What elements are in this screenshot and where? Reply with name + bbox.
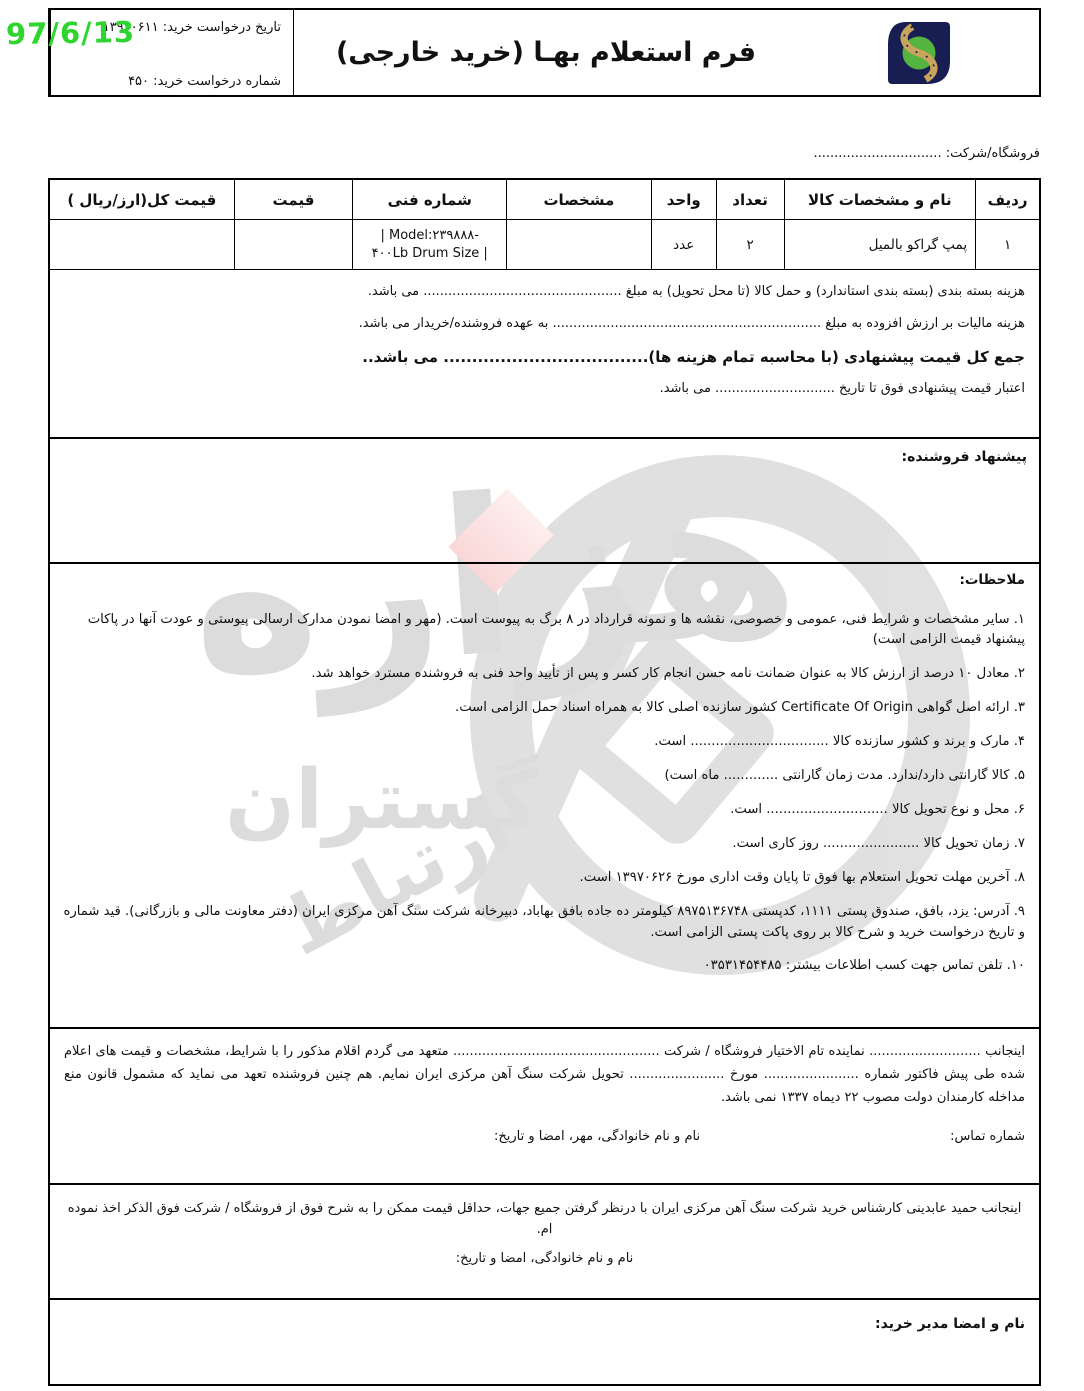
handwritten-date: 97/6/13 — [6, 15, 136, 51]
cell-tech-no: | Model:۲۳۹۸۸۸- ۴۰۰Lb Drum Size | — [352, 220, 506, 269]
expert-signature-label: نام و نام خانوادگی، امضا و تاریخ: — [60, 1251, 1029, 1266]
items-header-row: ردیف نام و مشخصات کالا تعداد واحد مشخصات… — [50, 180, 1039, 220]
note-item-6: ۶. محل و نوع تحویل کالا ................… — [60, 800, 1025, 820]
logo-cell — [798, 10, 1039, 95]
note-item-3: ۳. ارائه اصل گواهی Certificate Of Origin… — [60, 698, 1025, 718]
company-logo-icon — [883, 20, 955, 86]
table-row: ۱ پمپ گراکو بالمیل ۲ عدد | Model:۲۳۹۸۸۸-… — [50, 220, 1039, 270]
col-header-radif: ردیف — [975, 180, 1039, 219]
vendor-commitment-paragraph: اینجانب ........................... نمای… — [64, 1041, 1025, 1109]
vendor-signature-label: نام و نام خانوادگی، مهر، امضا و تاریخ: — [494, 1129, 700, 1144]
col-header-specs: مشخصات — [506, 180, 651, 219]
cell-item-name: پمپ گراکو بالمیل — [784, 220, 976, 269]
note-item-2: ۲. معادل ۱۰ درصد از ارزش کالا به عنوان ض… — [60, 664, 1025, 684]
col-header-qty: تعداد — [716, 180, 784, 219]
seller-proposal-label: پیشنهاد فروشنده: — [62, 449, 1027, 465]
form-header: تاریخ درخواست خرید: ۱۳۹۷۰۶۱۱ شماره درخوا… — [48, 8, 1041, 97]
purchase-manager-section: نام و امضا مدیر خرید: — [50, 1300, 1039, 1384]
notes-section: ملاحظات: ۱. سایر مشخصات و شرایط فنی، عمو… — [50, 564, 1039, 1029]
cell-specs — [506, 220, 651, 269]
cell-total-price — [50, 220, 234, 269]
col-header-total-price: قیمت کل(ارز/ریال ) — [50, 180, 234, 219]
col-header-unit: واحد — [651, 180, 716, 219]
col-header-price: قیمت — [234, 180, 353, 219]
inquiry-form-page: هزاره گستران ارتباط 97/6/13 تاریخ درخواس… — [0, 0, 1084, 1391]
purchase-expert-section: اینجانب حمید عابدینی کارشناس خرید شرکت س… — [50, 1185, 1039, 1300]
total-proposed-price-line: جمع کل قیمت پیشنهادی (با محاسبه تمام هزی… — [60, 348, 1025, 366]
seller-proposal-section: پیشنهاد فروشنده: — [50, 439, 1039, 564]
manager-signature-label: نام و امضا مدیر خرید: — [64, 1316, 1025, 1332]
note-item-7: ۷. زمان تحویل کالا .....................… — [60, 834, 1025, 854]
cost-lines-section: هزینه بسته بندی (بسته بندی استاندارد) و … — [50, 270, 1039, 439]
note-item-4: ۴. مارک و برند و کشور سازنده کالا ......… — [60, 732, 1025, 752]
cell-qty: ۲ — [716, 220, 784, 269]
cell-price — [234, 220, 353, 269]
tech-no-line2: ۴۰۰Lb Drum Size | — [372, 245, 488, 263]
note-item-5: ۵. کالا گارانتی دارد/ندارد. مدت زمان گار… — [60, 766, 1025, 786]
note-item-8: ۸. آخرین مهلت تحویل استعلام بها فوق تا پ… — [60, 868, 1025, 888]
note-item-10: ۱۰. تلفن تماس جهت کسب اطلاعات بیشتر: ۰۳۵… — [60, 956, 1025, 976]
note-item-9: ۹. آدرس: یزد، بافق، صندوق پستی ۱۱۱۱، کدپ… — [60, 902, 1025, 943]
notes-label: ملاحظات: — [60, 572, 1025, 588]
tech-no-line1: | Model:۲۳۹۸۸۸- — [372, 227, 488, 245]
price-validity-line: اعتبار قیمت پیشنهادی فوق تا تاریخ ......… — [60, 381, 1025, 396]
vendor-commitment-section: اینجانب ........................... نمای… — [50, 1029, 1039, 1185]
cell-radif: ۱ — [975, 220, 1039, 269]
request-number: شماره درخواست خرید: ۴۵۰ — [57, 74, 281, 89]
form-title: فرم استعلام بهـا (خرید خارجی) — [293, 10, 798, 95]
packing-cost-line: هزینه بسته بندی (بسته بندی استاندارد) و … — [60, 284, 1025, 299]
cell-unit: عدد — [651, 220, 716, 269]
store-company-line: فروشگاه/شرکت: ..........................… — [813, 146, 1040, 161]
note-item-1: ۱. سایر مشخصات و شرایط فنی، عمومی و خصوص… — [60, 610, 1025, 651]
col-header-item-name: نام و مشخصات کالا — [784, 180, 976, 219]
contact-number-label: شماره تماس: — [950, 1129, 1025, 1144]
expert-statement: اینجانب حمید عابدینی کارشناس خرید شرکت س… — [60, 1199, 1029, 1241]
main-form-table: ردیف نام و مشخصات کالا تعداد واحد مشخصات… — [48, 178, 1041, 1386]
vat-cost-line: هزینه مالیات بر ارزش افزوده به مبلغ ....… — [60, 316, 1025, 331]
col-header-tech-no: شماره فنی — [352, 180, 506, 219]
